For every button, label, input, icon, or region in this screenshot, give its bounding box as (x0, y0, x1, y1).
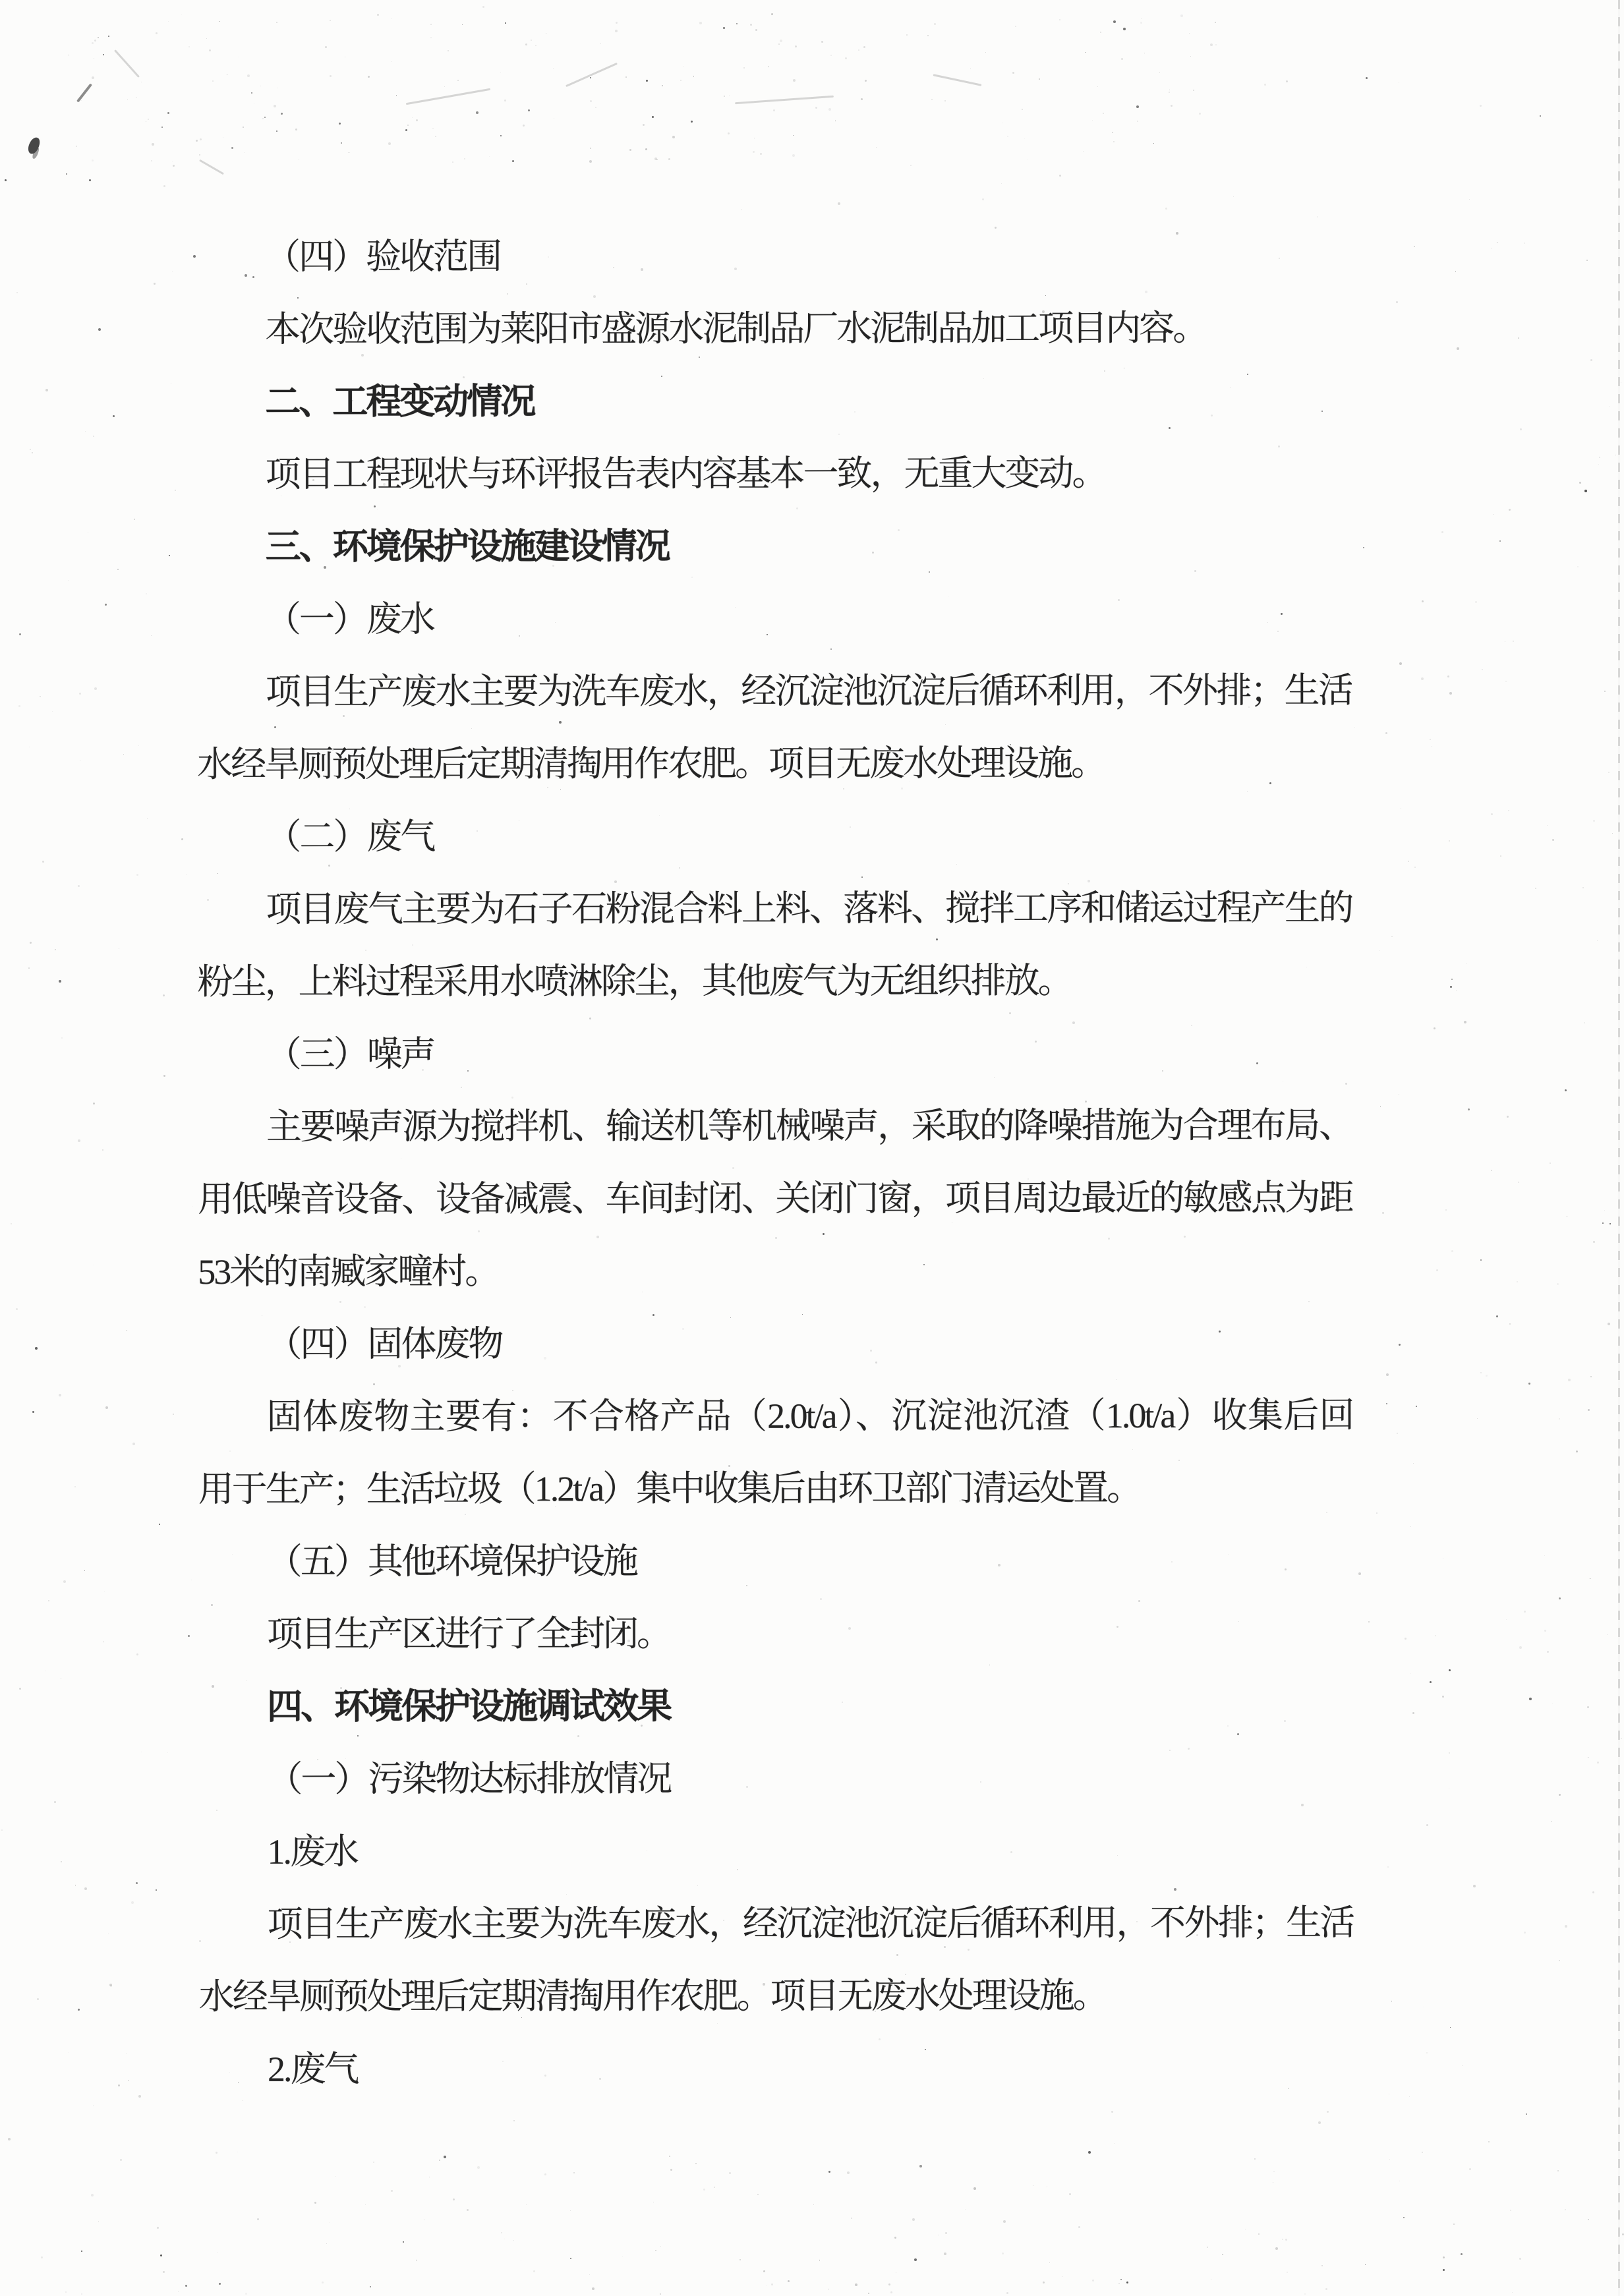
paragraph-line: 水经旱厕预处理后定期清掏用作农肥。项目无废水处理设施。 (199, 1959, 1354, 2033)
numbered-heading: 1.废水 (198, 1814, 1353, 1888)
paragraph-line: 用低噪音设备、设备减震、车间封闭、关闭门窗，项目周边最近的敏感点为距离 (198, 1162, 1352, 1236)
paragraph-line: 项目废气主要为石子石粉混合料上料、落料、搅拌工序和储运过程产生的 (197, 872, 1352, 946)
numbered-heading: 2.废气 (199, 2032, 1354, 2106)
paragraph-line: 粉尘，上料过程采用水喷淋除尘，其他废气为无组织排放。 (198, 944, 1352, 1018)
smudge-artifact (199, 159, 224, 175)
pen-mark-artifact (76, 83, 92, 102)
paragraph-line: 固体废物主要有：不合格产品（2.0t/a）、沉淀池沉渣（1.0t/a）收集后回 (198, 1379, 1352, 1453)
subsection-heading: （五）其他环境保护设施 (198, 1524, 1353, 1598)
paragraph-line: 项目工程现状与环评报告表内容基本一致，无重大变动。 (196, 437, 1351, 511)
smudge-artifact (406, 88, 491, 105)
scanned-document-page: （四）验收范围本次验收范围为莱阳市盛源水泥制品厂水泥制品加工项目内容。二、工程变… (0, 0, 1624, 2296)
paragraph-line: 水经旱厕预处理后定期清掏用作农肥。项目无废水处理设施。 (197, 727, 1352, 801)
subsection-heading: （四）验收范围 (196, 219, 1351, 293)
subsection-heading: （二）废气 (197, 799, 1352, 873)
paragraph-line: 项目生产废水主要为洗车废水，经沉淀池沉淀后循环利用，不外排；生活污 (197, 654, 1352, 728)
section-heading: 二、工程变动情况 (196, 364, 1351, 438)
section-heading: 三、环境保护设施建设情况 (197, 509, 1352, 583)
paragraph-line: 主要噪声源为搅拌机、输送机等机械噪声，采取的降噪措施为合理布局、选 (198, 1089, 1352, 1163)
smudge-artifact (735, 96, 834, 104)
subsection-heading: （四）固体废物 (198, 1307, 1352, 1381)
scanner-edge-line-artifact (1618, 0, 1620, 2296)
paragraph-line: 本次验收范围为莱阳市盛源水泥制品厂水泥制品加工项目内容。 (196, 292, 1351, 366)
paragraph-line: 用于生产；生活垃圾（1.2t/a）集中收集后由环卫部门清运处置。 (198, 1452, 1353, 1526)
ink-blot-artifact (26, 136, 41, 155)
section-heading: 四、环境保护设施调试效果 (198, 1669, 1353, 1743)
paragraph-line: 项目生产废水主要为洗车废水，经沉淀池沉淀后循环利用，不外排；生活污 (199, 1887, 1354, 1961)
smudge-artifact (933, 74, 982, 86)
smudge-artifact (114, 49, 140, 78)
document-text-block: （四）验收范围本次验收范围为莱阳市盛源水泥制品厂水泥制品加工项目内容。二、工程变… (196, 219, 1354, 2106)
paragraph-line: 项目生产区进行了全封闭。 (198, 1597, 1353, 1671)
subsection-heading: （一）污染物达标排放情况 (198, 1742, 1353, 1816)
subsection-heading: （三）噪声 (198, 1017, 1352, 1091)
paragraph-line: 53米的南臧家疃村。 (198, 1234, 1352, 1308)
subsection-heading: （一）废水 (197, 582, 1352, 656)
smudge-artifact (565, 63, 618, 87)
